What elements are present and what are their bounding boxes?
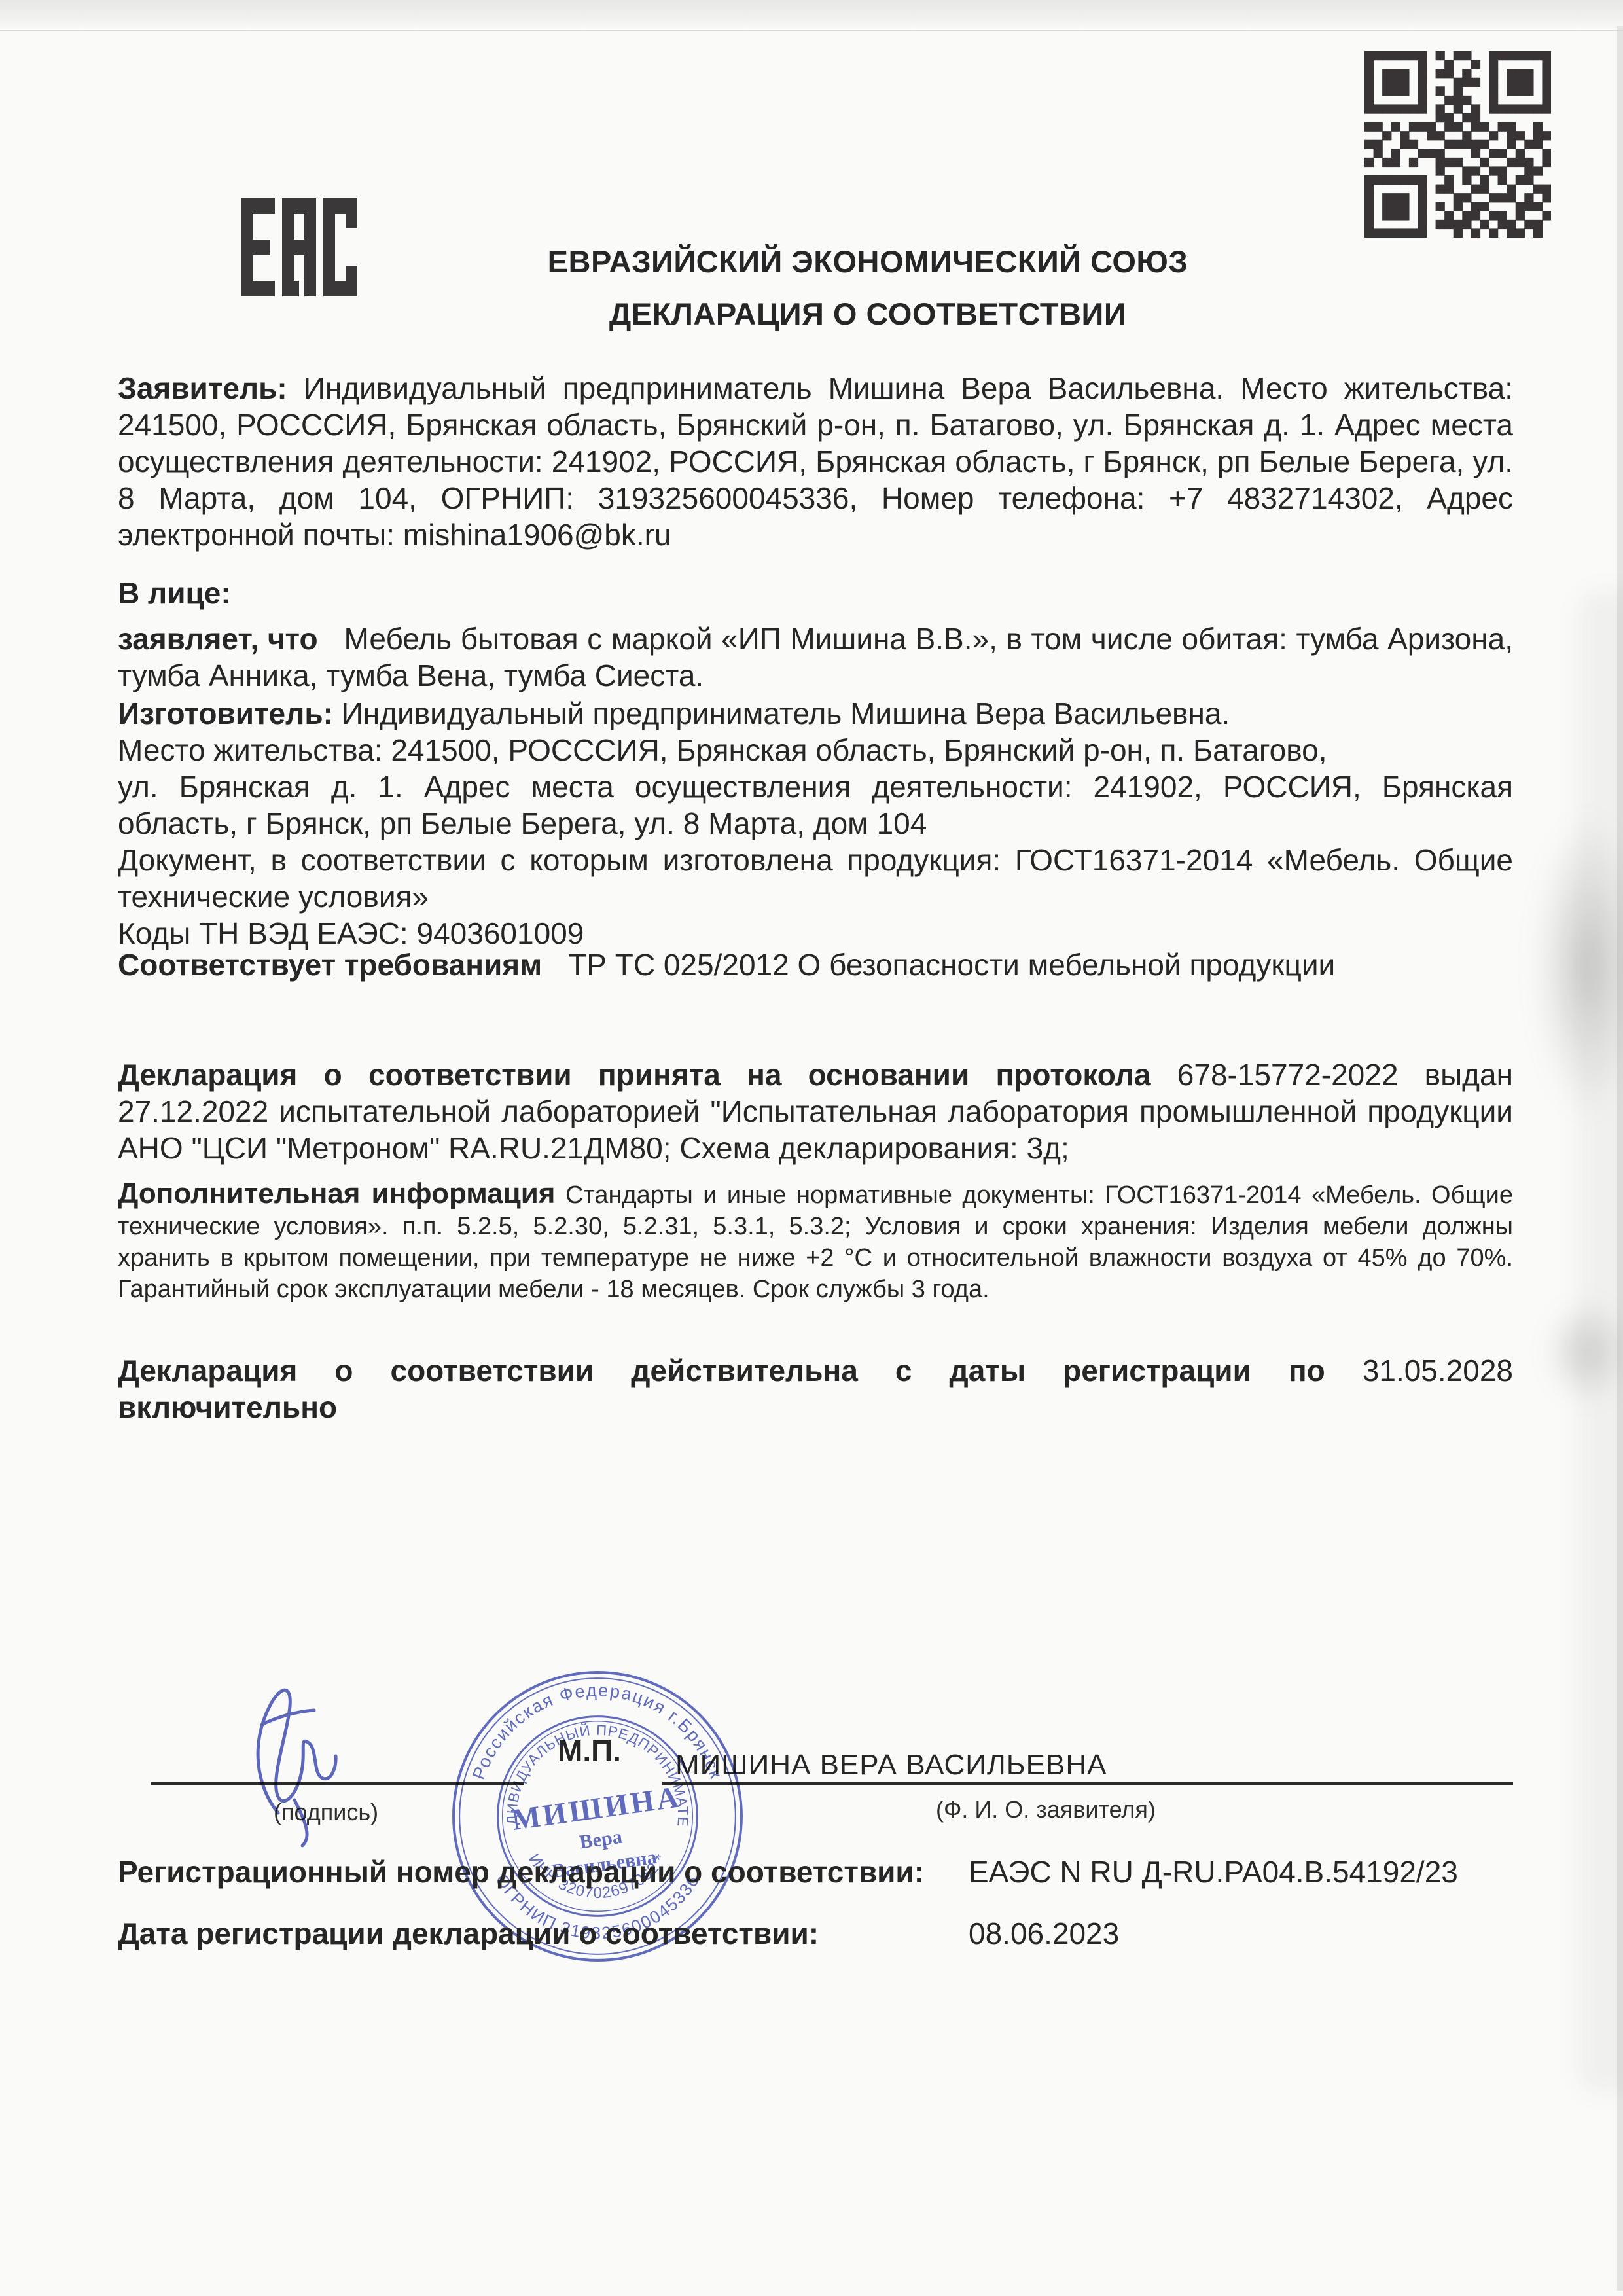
validity-line: Декларация о соответствии действительна … — [118, 1352, 1513, 1389]
stamp-center-first: Вера — [578, 1825, 624, 1854]
applicant-label: Заявитель: — [118, 371, 287, 405]
document-title: ДЕКЛАРАЦИЯ О СООТВЕТСТВИИ — [118, 296, 1565, 332]
declares-paragraph: заявляет, чтоМебель бытовая с маркой «ИП… — [118, 620, 1513, 694]
scan-edge-artifact-top — [0, 0, 1623, 31]
registration-number-row: Регистрационный номер декларации о соотв… — [118, 1854, 1513, 1890]
basis-paragraph: Декларация о соответствии принята на осн… — [118, 1056, 1513, 1166]
registration-number-label: Регистрационный номер декларации о соотв… — [118, 1855, 924, 1889]
in-person-label: В лице: — [118, 575, 1513, 611]
validity-bold: Декларация о соответствии действительна … — [118, 1354, 1325, 1388]
manufacturer-name: Индивидуальный предприниматель Мишина Ве… — [342, 696, 1230, 730]
declares-text: Мебель бытовая с маркой «ИП Мишина В.В.»… — [118, 622, 1513, 692]
registration-date-row: Дата регистрации декларации о соответств… — [118, 1915, 1513, 1952]
registration-number-value: ЕАЭС N RU Д-RU.РА04.В.54192/23 — [969, 1854, 1458, 1890]
additional-info-label: Дополнительная информация — [118, 1177, 555, 1210]
manufacturer-address-stretch: ул. Брянская д. 1. Адрес места осуществл… — [118, 768, 1513, 805]
production-document-line: Документ, в соответствии с которым изгот… — [118, 842, 1513, 915]
registration-date-value: 08.06.2023 — [969, 1915, 1119, 1952]
additional-info-paragraph: Дополнительная информация Стандарты и ин… — [118, 1178, 1513, 1305]
complies-line: Соответствует требованиямТР ТС 025/2012 … — [118, 946, 1513, 983]
manufacturer-address-rest: область, г Брянск, рп Белые Берега, ул. … — [118, 805, 1513, 842]
manufacturer-line: Изготовитель: Индивидуальный предпринима… — [118, 695, 1513, 732]
manufacturer-residence: Место жительства: 241500, РОСССИЯ, Брянс… — [118, 732, 1513, 768]
qr-code — [1364, 51, 1551, 241]
applicant-text: Индивидуальный предприниматель Мишина Ве… — [118, 371, 1513, 552]
basis-label: Декларация о соответствии принята на осн… — [118, 1058, 1151, 1092]
declaration-document-page: ЕВРАЗИЙСКИЙ ЭКОНОМИЧЕСКИЙ СОЮЗ ДЕКЛАРАЦИ… — [0, 0, 1623, 2296]
union-title: ЕВРАЗИЙСКИЙ ЭКОНОМИЧЕСКИЙ СОЮЗ — [118, 243, 1565, 279]
fio-caption: (Ф. И. О. заявителя) — [936, 1796, 1156, 1823]
fio-line — [662, 1782, 1513, 1785]
applicant-paragraph: Заявитель: Индивидуальный предпринимател… — [118, 370, 1513, 553]
validity-tail: включительно — [118, 1389, 1513, 1426]
handwritten-signature — [216, 1646, 406, 1849]
complies-text: ТР ТС 025/2012 О безопасности мебельной … — [568, 948, 1335, 982]
complies-label: Соответствует требованиям — [118, 948, 542, 982]
scan-shadow-smudge — [1577, 589, 1623, 2094]
declares-label: заявляет, что — [118, 622, 318, 656]
manufacturer-label: Изготовитель: — [118, 696, 333, 730]
registration-date-label: Дата регистрации декларации о соответств… — [118, 1916, 819, 1950]
validity-date: 31.05.2028 — [1363, 1354, 1513, 1388]
